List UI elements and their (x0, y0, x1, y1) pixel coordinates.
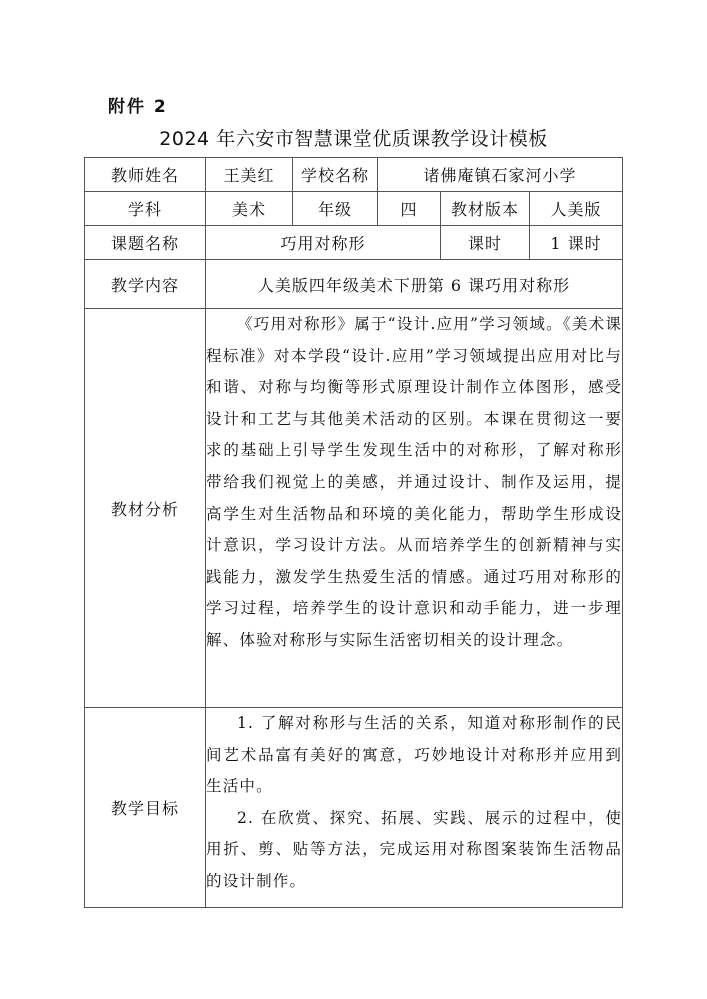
document-title: 2024 年六安市智慧课堂优质课教学设计模板 (0, 124, 707, 151)
grade-label: 年级 (293, 192, 378, 226)
attachment-label: 附件 2 (108, 92, 168, 117)
objective-item-1: 1. 了解对称形与生活的关系，知道对称形制作的民间艺术品富有美好的寓意，巧妙地设… (206, 708, 622, 803)
textbook-analysis-paragraph: 《巧用对称形》属于“设计.应用”学习领域。《美术课程标准》对本学段“设计.应用”… (206, 309, 622, 657)
table-row-lesson-title: 课题名称 巧用对称形 课时 1 课时 (85, 226, 623, 260)
lesson-title-label: 课题名称 (85, 226, 206, 260)
lesson-design-form-table: 教师姓名 王美红 学校名称 诸佛庵镇石家河小学 学科 美术 年级 四 教材版本 … (84, 157, 623, 908)
table-row-teaching-objectives: 教学目标 1. 了解对称形与生活的关系，知道对称形制作的民间艺术品富有美好的寓意… (85, 708, 623, 908)
teaching-objectives-label: 教学目标 (85, 708, 206, 908)
table-row-textbook-analysis: 教材分析 《巧用对称形》属于“设计.应用”学习领域。《美术课程标准》对本学段“设… (85, 309, 623, 708)
school-name-value: 诸佛庵镇石家河小学 (378, 158, 623, 192)
lesson-title-value: 巧用对称形 (206, 226, 441, 260)
objective-item-2: 2. 在欣赏、探究、拓展、实践、展示的过程中，使用折、剪、贴等方法，完成运用对称… (206, 803, 622, 898)
textbook-analysis-label: 教材分析 (85, 309, 206, 708)
teaching-content-label: 教学内容 (85, 260, 206, 309)
textbook-version-value: 人美版 (530, 192, 623, 226)
grade-value: 四 (378, 192, 441, 226)
table-row-subject: 学科 美术 年级 四 教材版本 人美版 (85, 192, 623, 226)
class-hours-label: 课时 (441, 226, 530, 260)
school-name-label: 学校名称 (293, 158, 378, 192)
textbook-analysis-cell: 《巧用对称形》属于“设计.应用”学习领域。《美术课程标准》对本学段“设计.应用”… (206, 309, 623, 708)
teaching-objectives-cell: 1. 了解对称形与生活的关系，知道对称形制作的民间艺术品富有美好的寓意，巧妙地设… (206, 708, 623, 908)
teacher-name-value: 王美红 (206, 158, 293, 192)
textbook-version-label: 教材版本 (441, 192, 530, 226)
class-hours-value: 1 课时 (530, 226, 623, 260)
teaching-content-value: 人美版四年级美术下册第 6 课巧用对称形 (206, 260, 623, 309)
subject-value: 美术 (206, 192, 293, 226)
teacher-name-label: 教师姓名 (85, 158, 206, 192)
subject-label: 学科 (85, 192, 206, 226)
table-row-teaching-content: 教学内容 人美版四年级美术下册第 6 课巧用对称形 (85, 260, 623, 309)
table-row-teacher: 教师姓名 王美红 学校名称 诸佛庵镇石家河小学 (85, 158, 623, 192)
